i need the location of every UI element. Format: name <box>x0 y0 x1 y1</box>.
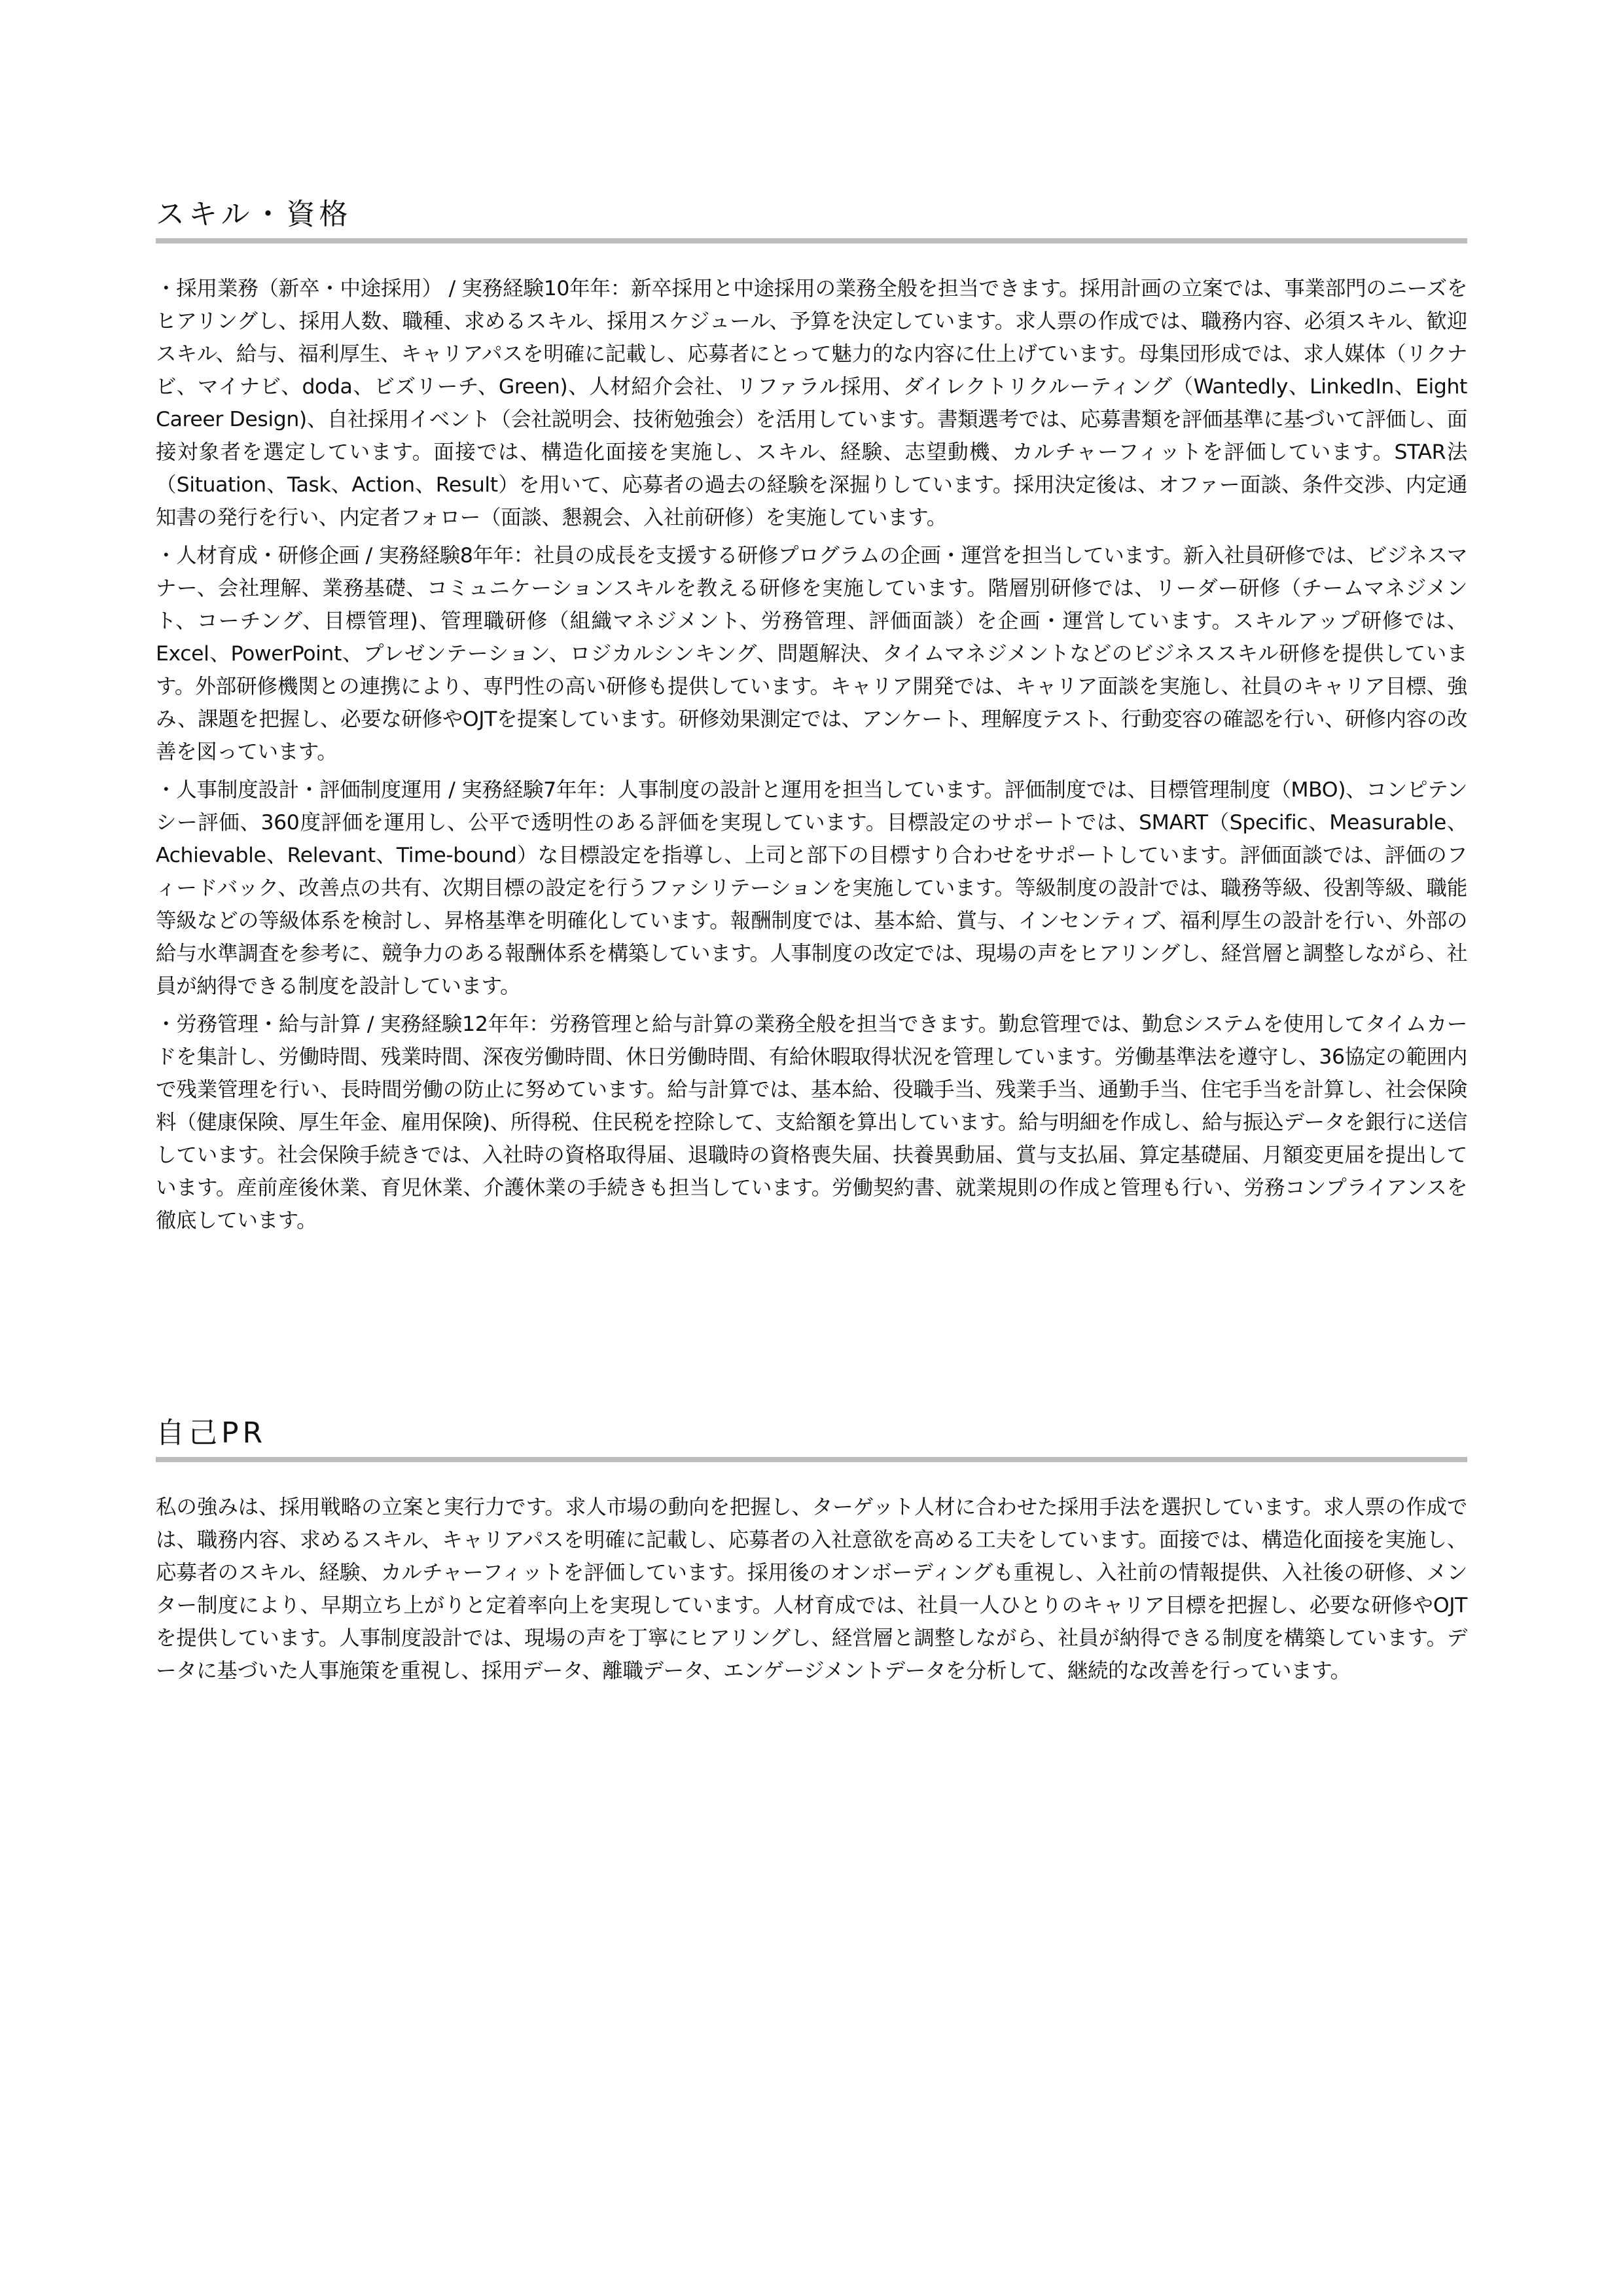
skill-item-labor-payroll: ・労務管理・給与計算 / 実務経験12年年：労務管理と給与計算の業務全般を担当で… <box>156 1008 1467 1237</box>
self-pr-heading: 自己PR <box>156 1414 1467 1453</box>
skill-item-hr-system: ・人事制度設計・評価制度運用 / 実務経験7年年：人事制度の設計と運用を担当して… <box>156 774 1467 1003</box>
skills-section: スキル・資格 ・採用業務（新卒・中途採用） / 実務経験10年年：新卒採用と中途… <box>156 195 1467 1242</box>
self-pr-body: 私の強みは、採用戦略の立案と実行力です。求人市場の動向を把握し、ターゲット人材に… <box>156 1491 1467 1687</box>
skills-heading: スキル・資格 <box>156 195 1467 234</box>
skills-heading-rule <box>156 238 1467 243</box>
skill-item-recruiting: ・採用業務（新卒・中途採用） / 実務経験10年年：新卒採用と中途採用の業務全般… <box>156 272 1467 534</box>
self-pr-section: 自己PR 私の強みは、採用戦略の立案と実行力です。求人市場の動向を把握し、ターゲ… <box>156 1414 1467 1687</box>
skills-list: ・採用業務（新卒・中途採用） / 実務経験10年年：新卒採用と中途採用の業務全般… <box>156 272 1467 1237</box>
skill-item-training: ・人材育成・研修企画 / 実務経験8年年：社員の成長を支援する研修プログラムの企… <box>156 539 1467 768</box>
self-pr-heading-rule <box>156 1457 1467 1462</box>
